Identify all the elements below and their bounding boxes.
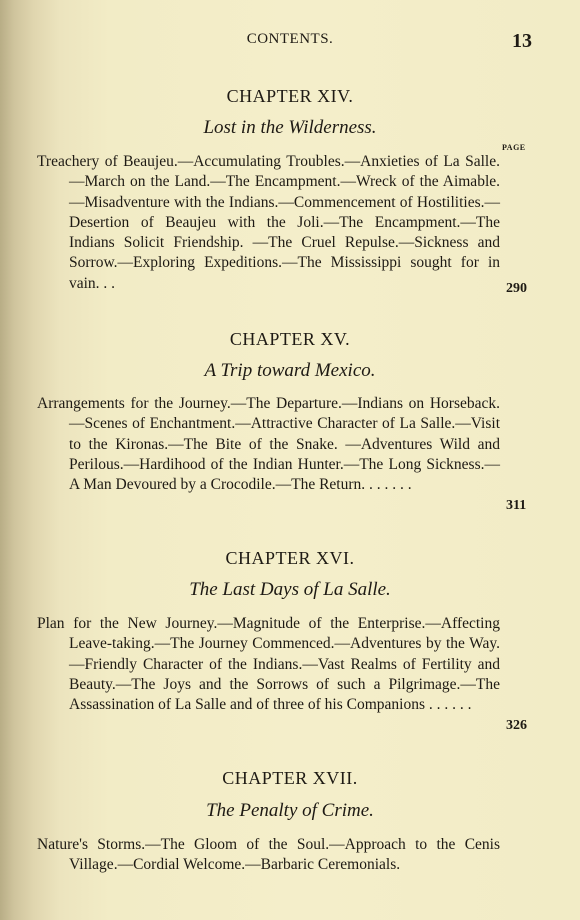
chapter-summary: Treachery of Beaujeu.—Accumulating Troub…	[37, 152, 500, 294]
chapter-number: CHAPTER XV.	[0, 329, 580, 350]
page-number: 13	[512, 30, 532, 53]
chapter-page: 311	[506, 498, 526, 514]
running-head: CONTENTS.	[0, 31, 580, 48]
chapter-number: CHAPTER XVII.	[0, 768, 580, 789]
chapter-title: Lost in the Wilderness.	[0, 117, 580, 139]
chapter-page: 326	[506, 718, 527, 734]
chapter-page: 290	[506, 281, 527, 297]
chapter-title: The Penalty of Crime.	[0, 800, 580, 822]
chapter-title: The Last Days of La Salle.	[0, 579, 580, 601]
page-column-label: PAGE	[502, 143, 526, 152]
chapter-number: CHAPTER XIV.	[0, 86, 580, 107]
chapter-summary: Plan for the New Journey.—Magnitude of t…	[37, 614, 500, 715]
chapter-summary: Arrangements for the Journey.—The Depart…	[37, 394, 500, 495]
chapter-number: CHAPTER XVI.	[0, 548, 580, 569]
chapter-summary: Nature's Storms.—The Gloom of the Soul.—…	[37, 835, 500, 876]
chapter-title: A Trip toward Mexico.	[0, 360, 580, 382]
